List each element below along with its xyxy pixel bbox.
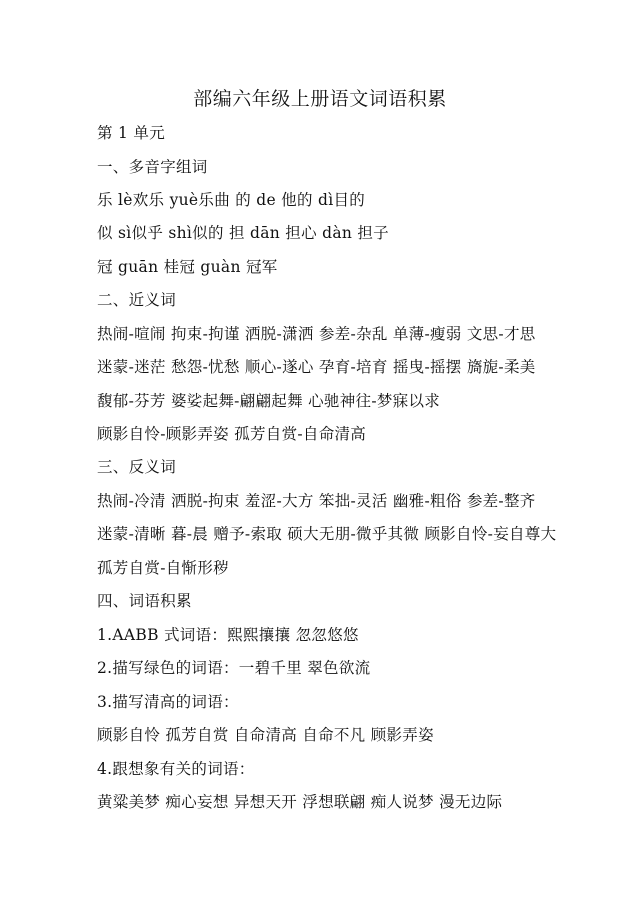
antonyms-line-2: 迷蒙-清晰 暮-晨 赠予-索取 硕大无朋-微乎其微 顾影自怜-妄自尊大 (97, 522, 556, 544)
polyphonic-line-3: 冠 guān 桂冠 guàn 冠军 (97, 255, 278, 277)
polyphonic-line-1: 乐 lè欢乐 yuè乐曲 的 de 他的 dì目的 (97, 188, 365, 210)
unit-heading: 第 1 单元 (97, 121, 165, 143)
section-heading-vocabulary: 四、词语积累 (97, 589, 192, 611)
vocabulary-line-2: 2.描写绿色的词语：一碧千里 翠色欲流 (97, 656, 370, 678)
vocabulary-line-6: 黄粱美梦 痴心妄想 异想天开 浮想联翩 痴人说梦 漫无边际 (97, 790, 502, 812)
vocabulary-line-4: 顾影自怜 孤芳自赏 自命清高 自命不凡 顾影弄姿 (97, 723, 434, 745)
antonyms-line-1: 热闹-冷清 洒脱-拘束 羞涩-大方 笨拙-灵活 幽雅-粗俗 参差-整齐 (97, 489, 536, 511)
synonyms-line-3: 馥郁-芬芳 婆娑起舞-翩翩起舞 心驰神往-梦寐以求 (97, 389, 440, 411)
synonyms-line-2: 迷蒙-迷茫 愁怨-忧愁 顺心-遂心 孕育-培育 摇曳-摇摆 旖旎-柔美 (97, 355, 536, 377)
vocabulary-line-5: 4.跟想象有关的词语： (97, 757, 255, 779)
synonyms-line-1: 热闹-喧闹 拘束-拘谨 洒脱-潇洒 参差-杂乱 单薄-瘦弱 文思-才思 (97, 322, 536, 344)
vocabulary-line-3: 3.描写清高的词语： (97, 690, 239, 712)
section-heading-synonyms: 二、近义词 (97, 288, 176, 310)
vocabulary-line-1: 1.AABB 式词语：熙熙攘攘 忽忽悠悠 (97, 623, 359, 645)
synonyms-line-4: 顾影自怜-顾影弄姿 孤芳自赏-自命清高 (97, 422, 366, 444)
polyphonic-line-2: 似 sì似乎 shì似的 担 dān 担心 dàn 担子 (97, 221, 389, 243)
document-page: 部编六年级上册语文词语积累 第 1 单元 一、多音字组词 乐 lè欢乐 yuè乐… (0, 0, 640, 904)
section-heading-antonyms: 三、反义词 (97, 455, 176, 477)
document-title: 部编六年级上册语文词语积累 (0, 84, 640, 111)
antonyms-line-3: 孤芳自赏-自惭形秽 (97, 556, 229, 578)
section-heading-polyphonic: 一、多音字组词 (97, 155, 208, 177)
